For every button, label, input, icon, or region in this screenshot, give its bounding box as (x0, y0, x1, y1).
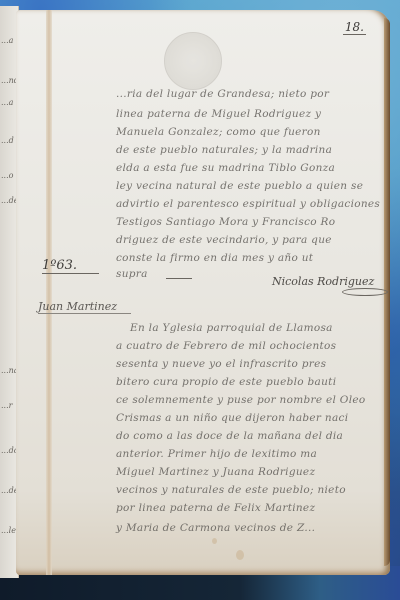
entry-number: 1º63. (42, 258, 99, 274)
left-page-fragment: ...d (1, 136, 14, 145)
text-line: ley vecina natural de este pueblo a quie… (116, 180, 363, 192)
text-line: anterior. Primer hijo de lexitimo ma (116, 448, 317, 460)
folio-number: 18. (343, 20, 366, 35)
left-page-fragment: ...o (1, 171, 13, 180)
text-line: de este pueblo naturales; y la madrina (116, 144, 332, 156)
text-line: do como a las doce de la mañana del dia (116, 430, 343, 442)
text-line: ...ria del lugar de Grandesa; nieto por (116, 88, 329, 100)
page-fold (46, 10, 52, 575)
text-line: Crismas a un niño que dijeron haber naci (116, 412, 348, 424)
text-line: conste la firmo en dia mes y año ut (116, 252, 313, 264)
left-page-fragment: ...a (1, 36, 13, 45)
text-line: supra (116, 268, 148, 280)
register-page: 18. ...ria del lugar de Grandesa; nieto … (16, 10, 390, 575)
text-line: elda a esta fue su madrina Tiblo Gonza (116, 162, 335, 174)
text-line: bitero cura propio de este pueblo bauti (116, 376, 336, 388)
ink-stain (236, 550, 244, 560)
text-line: linea paterna de Miguel Rodriguez y (116, 108, 321, 120)
left-page-fragment: ...a (1, 98, 13, 107)
text-line: En la Yglesia parroquial de Llamosa (130, 322, 333, 334)
entry-child-name: Juan Martinez (38, 300, 131, 314)
embossed-seal-icon (164, 32, 222, 90)
text-line: vecinos y naturales de este pueblo; niet… (116, 484, 346, 496)
priest-signature: Nicolas Rodriguez (272, 275, 374, 288)
left-page-fragment: ...le (1, 526, 16, 535)
text-line: a cuatro de Febrero de mil ochocientos (116, 340, 336, 352)
text-line: advirtio el parentesco espiritual y obli… (116, 198, 380, 210)
closing-rule (166, 278, 192, 279)
signature-flourish (342, 288, 388, 296)
text-line: Testigos Santiago Mora y Francisco Ro (116, 216, 335, 228)
text-line: Manuela Gonzalez; como que fueron (116, 126, 321, 138)
ink-stain (212, 538, 217, 544)
left-page-fragment: ...r (1, 401, 12, 410)
text-line: ce solemnemente y puse por nombre el Ole… (116, 394, 366, 406)
text-line: y Maria de Carmona vecinos de Z... (116, 522, 315, 534)
text-line: por linea paterna de Felix Martinez (116, 502, 315, 514)
text-line: Miguel Martinez y Juana Rodriguez (116, 466, 315, 478)
text-line: driguez de este vecindario, y para que (116, 234, 332, 246)
text-line: sesenta y nueve yo el infrascrito pres (116, 358, 326, 370)
